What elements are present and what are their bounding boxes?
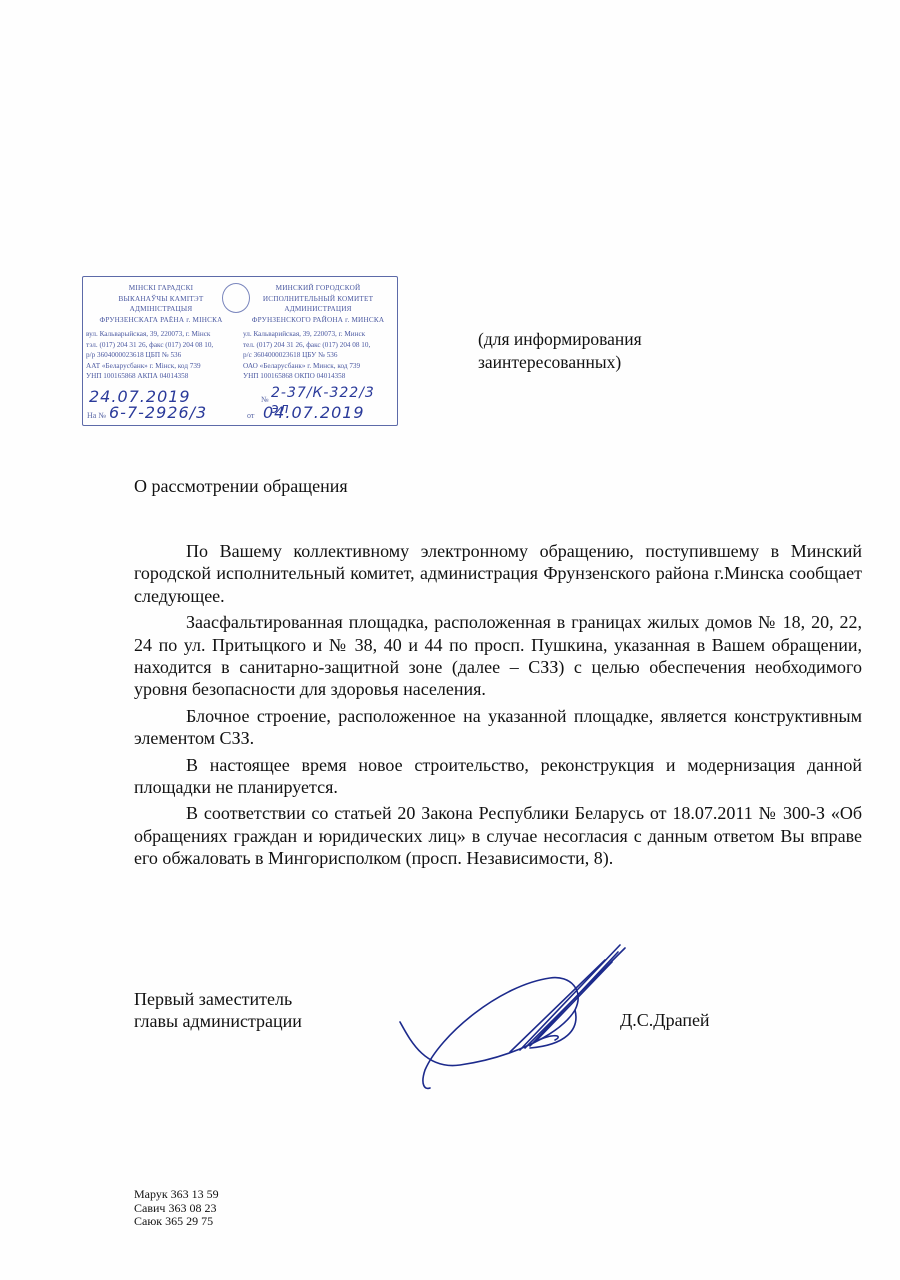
body-paragraph: В соответствии со статьей 20 Закона Респ… [134,802,862,869]
contact-line: Савич 363 08 23 [134,1202,219,1216]
stamp-org-line: МІНСКІ ГАРАДСКІ [86,283,236,294]
contact-line: Саюк 365 29 75 [134,1215,219,1229]
body-paragraph: По Вашему коллективному электронному обр… [134,540,862,607]
letter-page: МІНСКІ ГАРАДСКІ ВЫКАНАЎЧЫ КАМІТЭТ АДМІНІ… [0,0,900,1280]
registration-stamp: МІНСКІ ГАРАДСКІ ВЫКАНАЎЧЫ КАМІТЭТ АДМІНІ… [82,276,398,426]
stamp-org-line: ИСПОЛНИТЕЛЬНЫЙ КОМИТЕТ [243,294,393,305]
stamp-org-line: ФРУНЗЕНСКОГО РАЙОНА г. МИНСКА [243,315,393,326]
signatory-title-line: главы администрации [134,1010,302,1032]
stamp-address-line: УНП 100165868 ОКПО 04014358 [243,371,393,382]
stamp-address-line: р/р 3604000023618 ЦБП № 536 [86,350,236,361]
contact-line: Марук 363 13 59 [134,1188,219,1202]
letter-subject: О рассмотрении обращения [134,476,348,497]
recipient-line: заинтересованных) [478,351,642,374]
stamp-address-line: ул. Кальварийская, 39, 220073, г. Минск [243,329,393,340]
stamp-belarusian-column: МІНСКІ ГАРАДСКІ ВЫКАНАЎЧЫ КАМІТЭТ АДМІНІ… [86,283,236,382]
recipient-block: (для информирования заинтересованных) [478,328,642,374]
handwritten-signature-icon [380,940,640,1100]
stamp-address-line: тел. (017) 204 31 26, факс (017) 204 08 … [243,340,393,351]
stamp-address-line: ОАО «Беларусбанк» г. Минск, код 739 [243,361,393,372]
contacts-block: Марук 363 13 59 Савич 363 08 23 Саюк 365… [134,1188,219,1229]
stamp-address-line: р/с 3604000023618 ЦБУ № 536 [243,350,393,361]
signatory-title: Первый заместитель главы администрации [134,988,302,1032]
signatory-name: Д.С.Драпей [620,1010,710,1031]
stamp-org-line: ФРУНЗЕНСКАГА РАЁНА г. МІНСКА [86,315,236,326]
stamp-address-line: вул. Кальварыйская, 39, 220073, г. Мінск [86,329,236,340]
body-paragraph: Блочное строение, расположенное на указа… [134,705,862,750]
stamp-org-line: АДМІНІСТРАЦЫЯ [86,304,236,315]
from-label: от [247,411,254,420]
body-paragraph: Заасфальтированная площадка, расположенн… [134,611,862,701]
stamp-address-line: ААТ «Беларусбанк» г. Мінск, код 739 [86,361,236,372]
handwritten-ref-date: 04.07.2019 [263,403,365,422]
handwritten-ref-number: 6-7-2926/3 [109,403,207,422]
signatory-title-line: Первый заместитель [134,988,302,1010]
ref-label: На № [87,411,106,420]
stamp-org-line: МИНСКИЙ ГОРОДСКОЙ [243,283,393,294]
stamp-org-line: ВЫКАНАЎЧЫ КАМІТЭТ [86,294,236,305]
recipient-line: (для информирования [478,328,642,351]
letter-body: По Вашему коллективному электронному обр… [134,540,862,874]
body-paragraph: В настоящее время новое строительство, р… [134,754,862,799]
stamp-address-line: тэл. (017) 204 31 26, факс (017) 204 08 … [86,340,236,351]
stamp-org-line: АДМИНИСТРАЦИЯ [243,304,393,315]
stamp-address-line: УНП 100165868 АКПА 04014358 [86,371,236,382]
stamp-russian-column: МИНСКИЙ ГОРОДСКОЙ ИСПОЛНИТЕЛЬНЫЙ КОМИТЕТ… [243,283,393,382]
